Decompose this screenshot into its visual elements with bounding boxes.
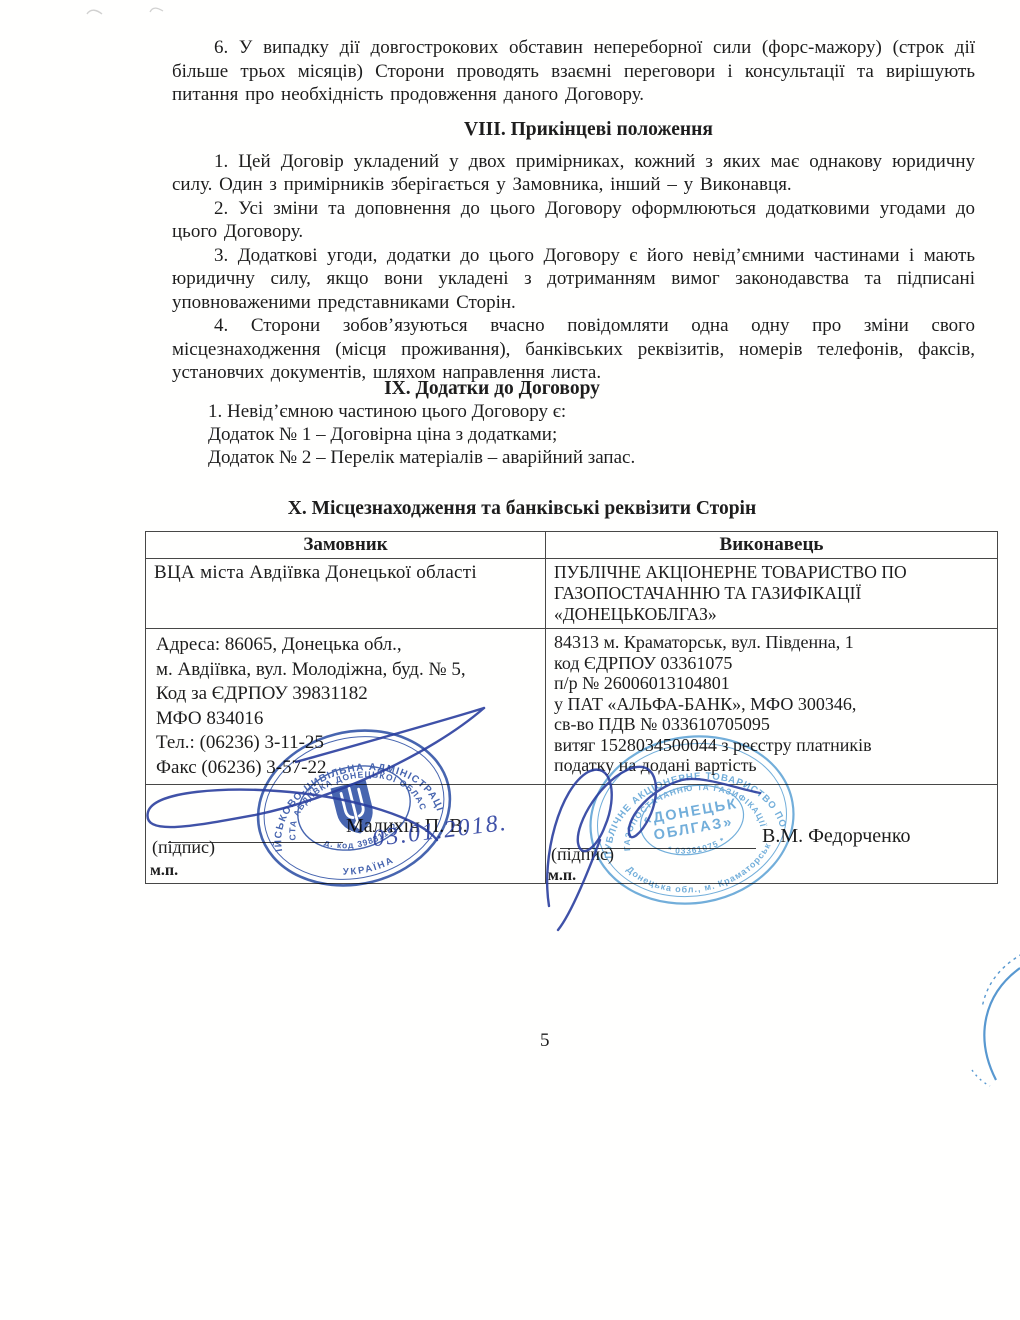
scan-artifact <box>85 5 107 19</box>
contractor-detail-line: код ЄДРПОУ 03361075 <box>554 653 989 674</box>
customer-detail-line: Адреса: 86065, Донецька обл., <box>156 633 535 658</box>
table-header-row: Замовник Виконавець <box>146 532 998 559</box>
customer-name: ВЦА міста Авдіївка Донецької області <box>146 559 546 629</box>
body-text: 6. У випадку дії довгострокових обставин… <box>172 36 975 385</box>
customer-detail-line: МФО 834016 <box>156 707 535 732</box>
contractor-detail-line: у ПАТ «АЛЬФА-БАНК», МФО 300346, <box>554 694 989 715</box>
contractor-signature-cell: В.М. Федорченко (підпис) м.п. <box>546 785 998 884</box>
document-page: 6. У випадку дії довгострокових обставин… <box>0 0 1020 1320</box>
contractor-name-line: ГАЗОПОСТАЧАННЮ ТА ГАЗИФІКАЦІЇ <box>554 583 989 604</box>
section8-title: VIII. Прикінцеві положення <box>202 119 975 141</box>
edge-stamp-fragment-icon <box>932 952 1020 1092</box>
section9-block: IX. Додатки до Договору 1. Невід’ємною ч… <box>172 378 975 469</box>
contractor-name-line: ПУБЛІЧНЕ АКЦІОНЕРНЕ ТОВАРИСТВО ПО <box>554 562 989 583</box>
customer-detail-line: Факс (06236) 3-57-22 <box>156 756 535 781</box>
customer-detail-line: м. Авдіївка, вул. Молодіжна, буд. № 5, <box>156 658 535 683</box>
section10-title: X. Місцезнаходження та банківські реквіз… <box>172 498 872 520</box>
customer-details: Адреса: 86065, Донецька обл., м. Авдіївк… <box>146 629 546 785</box>
table-details-row: Адреса: 86065, Донецька обл., м. Авдіївк… <box>146 629 998 785</box>
contractor-detail-line: витяг 1528034500044 з реєстру платників <box>554 735 989 756</box>
col-header-contractor: Виконавець <box>546 532 998 559</box>
page-number: 5 <box>540 1030 550 1052</box>
contractor-detail-line: 84313 м. Краматорськ, вул. Південна, 1 <box>554 632 989 653</box>
contractor-detail-line: св-во ПДВ № 033610705095 <box>554 714 989 735</box>
section9-line-3: Додаток № 2 – Перелік матеріалів – аварі… <box>208 446 975 469</box>
section9-title: IX. Додатки до Договору <box>172 378 812 400</box>
contractor-details: 84313 м. Краматорськ, вул. Південна, 1 к… <box>546 629 998 785</box>
section8-item-4: 4. Сторони зобов’язуються вчасно повідом… <box>172 314 975 385</box>
contractor-seal-label: м.п. <box>548 867 576 885</box>
contractor-name: ПУБЛІЧНЕ АКЦІОНЕРНЕ ТОВАРИСТВО ПО ГАЗОПО… <box>546 559 998 629</box>
section8-item-1: 1. Цей Договір укладений у двох примірни… <box>172 150 975 197</box>
contractor-sign-label: (підпис) <box>551 844 614 865</box>
contractor-detail-line: п/р № 26006013104801 <box>554 673 989 694</box>
customer-detail-line: Код за ЄДРПОУ 39831182 <box>156 682 535 707</box>
requisites-table: Замовник Виконавець ВЦА міста Авдіївка Д… <box>145 531 998 884</box>
table-names-row: ВЦА міста Авдіївка Донецької області ПУБ… <box>146 559 998 629</box>
contractor-detail-line: податку на додані вартість <box>554 755 989 776</box>
section8-item-2: 2. Усі зміни та доповнення до цього Дого… <box>172 197 975 244</box>
customer-seal-label: м.п. <box>150 862 178 880</box>
customer-sign-label: (підпис) <box>152 837 215 858</box>
table-signature-row: Малихін П. В. (підпис) м.п. В.М. Федорче… <box>146 785 998 884</box>
contractor-signer-name: В.М. Федорченко <box>762 825 911 848</box>
section8-item-3: 3. Додаткові угоди, додатки до цього Дог… <box>172 244 975 315</box>
scan-artifact <box>148 4 166 16</box>
contractor-name-line: «ДОНЕЦЬКОБЛГАЗ» <box>554 604 989 625</box>
customer-detail-line: Тел.: (06236) 3-11-25 <box>156 731 535 756</box>
section9-line-1: 1. Невід’ємною частиною цього Договору є… <box>208 400 975 423</box>
col-header-customer: Замовник <box>146 532 546 559</box>
clause-6-paragraph: 6. У випадку дії довгострокових обставин… <box>172 36 975 107</box>
section9-line-2: Додаток № 1 – Договірна ціна з додатками… <box>208 423 975 446</box>
